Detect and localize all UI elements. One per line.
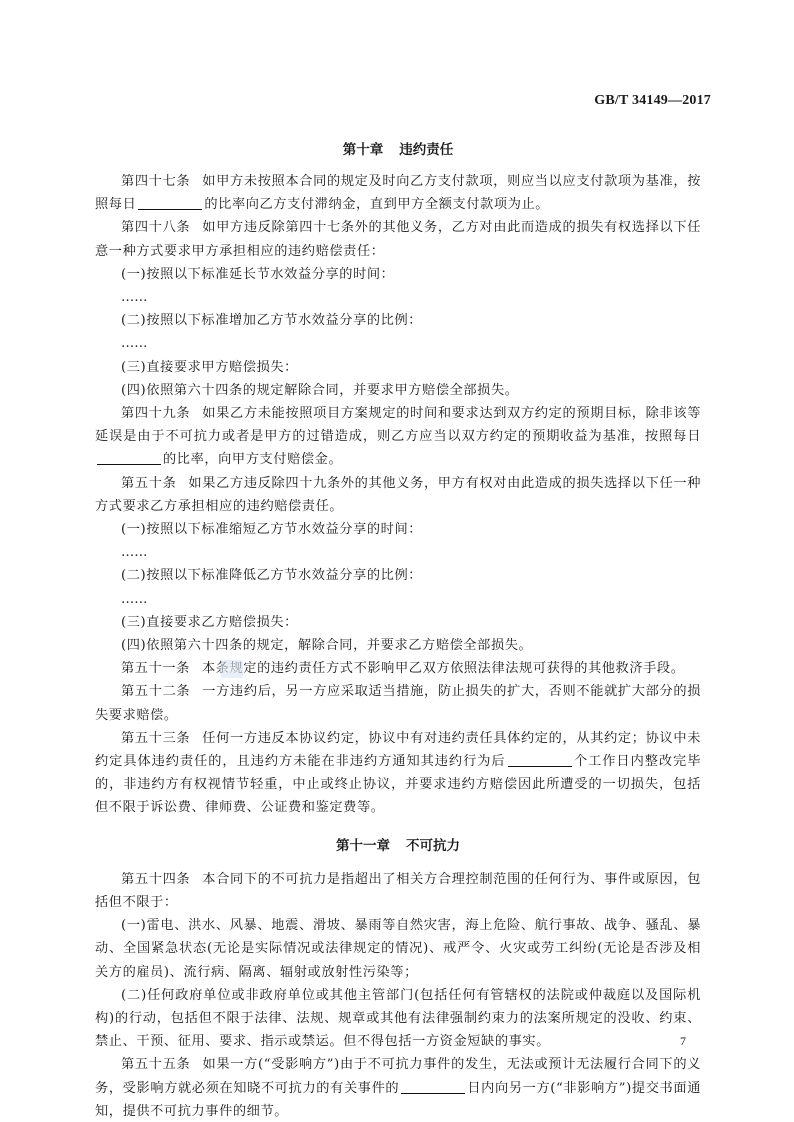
article-text: 的比率，向甲方支付赔偿金。 [163, 452, 342, 467]
article-text: 本条规定的违约责任方式不影响甲乙双方依照法律法规可获得的其他救济手段。 [202, 661, 685, 676]
fill-blank[interactable] [97, 450, 161, 465]
article-53: 第五十三条任何一方违反本协议约定，协议中有对违约责任具体约定的，从其约定；协议中… [95, 727, 701, 820]
list-item: (一)按照以下标准延长节水效益分享的时间： [95, 263, 701, 286]
ellipsis: …… [95, 588, 701, 611]
page-number: 7 [680, 1034, 686, 1049]
list-item: (三)直接要求乙方赔偿损失： [95, 611, 701, 634]
article-48: 第四十八条如甲方违反除第四十七条外的其他义务，乙方对由此而造成的损失有权选择以下… [95, 216, 701, 262]
chapter-title: 不可抗力 [406, 838, 460, 854]
article-label: 第五十三条 [121, 731, 190, 746]
article-51: 第五十一条本条规定的违约责任方式不影响甲乙双方依照法律法规可获得的其他救济手段。 [95, 657, 701, 680]
article-label: 第五十四条 [121, 872, 190, 887]
list-item: (三)直接要求甲方赔偿损失： [95, 356, 701, 379]
list-item: (四)依照第六十四条的规定解除合同，并要求甲方赔偿全部损失。 [95, 379, 701, 402]
list-item: (四)依照第六十四条的规定，解除合同，并要求乙方赔偿全部损失。 [95, 634, 701, 657]
fill-blank[interactable] [508, 752, 572, 767]
document-body: 第十章违约责任 第四十七条如甲方未按照本合同的规定及时向乙方支付款项，则应当以应… [95, 138, 701, 1122]
article-54: 第五十四条本合同下的不可抗力是指超出了相关方合理控制范围的任何行为、事件或原因，… [95, 868, 701, 914]
fill-blank[interactable] [138, 195, 202, 210]
chapter-number: 第十章 [343, 142, 384, 158]
standard-code: GB/T 34149—2017 [594, 93, 711, 109]
article-text: 如果乙方违反除四十九条外的其他义务，甲方有权对由此造成的损失选择以下任一种方式要… [95, 476, 701, 514]
article-label: 第四十七条 [121, 174, 190, 189]
article-55: 第五十五条如果一方(“受影响方”)由于不可抗力事件的发生，无法或预计无法履行合同… [95, 1053, 701, 1122]
article-label: 第五十二条 [121, 684, 190, 699]
list-item: (二)任何政府单位或非政府单位或其他主管部门(包括任何有管辖权的法院或仲裁庭以及… [95, 984, 701, 1054]
article-text: 的比率向乙方支付滞纳金，直到甲方全额支付款项为止。 [204, 197, 549, 212]
article-label: 第五十条 [121, 476, 176, 491]
ellipsis: …… [95, 286, 701, 309]
article-label: 第五十五条 [121, 1057, 190, 1072]
chapter-title: 违约责任 [399, 142, 453, 158]
watermark-logo: SAC [221, 660, 243, 678]
ellipsis: …… [95, 332, 701, 355]
chapter-10-heading: 第十章违约责任 [95, 138, 701, 162]
chapter-11-heading: 第十一章不可抗力 [95, 834, 701, 858]
article-label: 第五十一条 [121, 661, 190, 676]
list-item: (一)雷电、洪水、风暴、地震、滑坡、暴雨等自然灾害，海上危险、航行事故、战争、骚… [95, 914, 701, 984]
list-item: (二)按照以下标准增加乙方节水效益分享的比例： [95, 309, 701, 332]
article-52: 第五十二条一方违约后，另一方应采取适当措施，防止损失的扩大，否则不能就扩大部分的… [95, 680, 701, 726]
article-49: 第四十九条如果乙方未能按照项目方案规定的时间和要求达到双方约定的预期目标，除非该… [95, 402, 701, 472]
article-label: 第四十八条 [121, 220, 190, 235]
list-item: (一)按照以下标准缩短乙方节水效益分享的时间： [95, 518, 701, 541]
fill-blank[interactable] [401, 1079, 465, 1094]
article-label: 第四十九条 [121, 406, 190, 421]
chapter-number: 第十一章 [336, 838, 390, 854]
ellipsis: …… [95, 541, 701, 564]
list-item: (二)按照以下标准降低乙方节水效益分享的比例： [95, 564, 701, 587]
article-47: 第四十七条如甲方未按照本合同的规定及时向乙方支付款项，则应当以应支付款项为基准，… [95, 170, 701, 216]
article-50: 第五十条如果乙方违反除四十九条外的其他义务，甲方有权对由此造成的损失选择以下任一… [95, 472, 701, 518]
